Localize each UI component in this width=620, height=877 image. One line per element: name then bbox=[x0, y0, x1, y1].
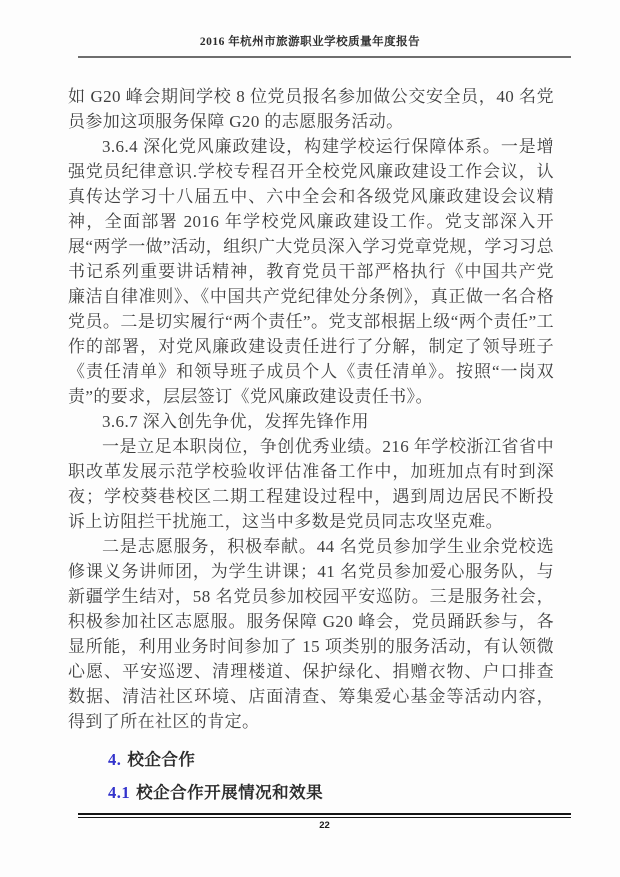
header-rule bbox=[78, 56, 571, 58]
section-heading-4-label: 校企合作 bbox=[127, 751, 195, 769]
document-body: 如 G20 峰会期间学校 8 位党员报名参加做公交安全员，40 名党员参加这项服… bbox=[68, 84, 554, 806]
section-heading-4-1-label: 校企合作开展情况和效果 bbox=[136, 784, 323, 802]
section-heading-4-number: 4. bbox=[108, 750, 121, 769]
section-heading-4: 4.校企合作 bbox=[108, 747, 554, 773]
document-page: 2016 年杭州市旅游职业学校质量年度报告 如 G20 峰会期间学校 8 位党员… bbox=[0, 0, 620, 877]
paragraph-3-6-4: 3.6.4 深化党风廉政建设，构建学校运行保障体系。一是增强党员纪律意识.学校专… bbox=[68, 134, 554, 409]
page-header-title: 2016 年杭州市旅游职业学校质量年度报告 bbox=[0, 33, 620, 49]
paragraph-continuation: 如 G20 峰会期间学校 8 位党员报名参加做公交安全员，40 名党员参加这项服… bbox=[68, 84, 554, 134]
paragraph-first-point: 一是立足本职岗位，争创优秀业绩。216 年学校浙江省省中职改革发展示范学校验收评… bbox=[68, 434, 554, 534]
footer-rule bbox=[78, 813, 571, 818]
paragraph-second-point: 二是志愿服务，积极奉献。44 名党员参加学生业余党校选修课义务讲师团，为学生讲课… bbox=[68, 534, 554, 734]
section-heading-4-1: 4.1校企合作开展情况和效果 bbox=[108, 780, 554, 806]
section-heading-4-1-number: 4.1 bbox=[108, 783, 130, 802]
paragraph-3-6-7: 3.6.7 深入创先争优，发挥先锋作用 bbox=[68, 409, 554, 434]
page-number: 22 bbox=[78, 820, 571, 831]
